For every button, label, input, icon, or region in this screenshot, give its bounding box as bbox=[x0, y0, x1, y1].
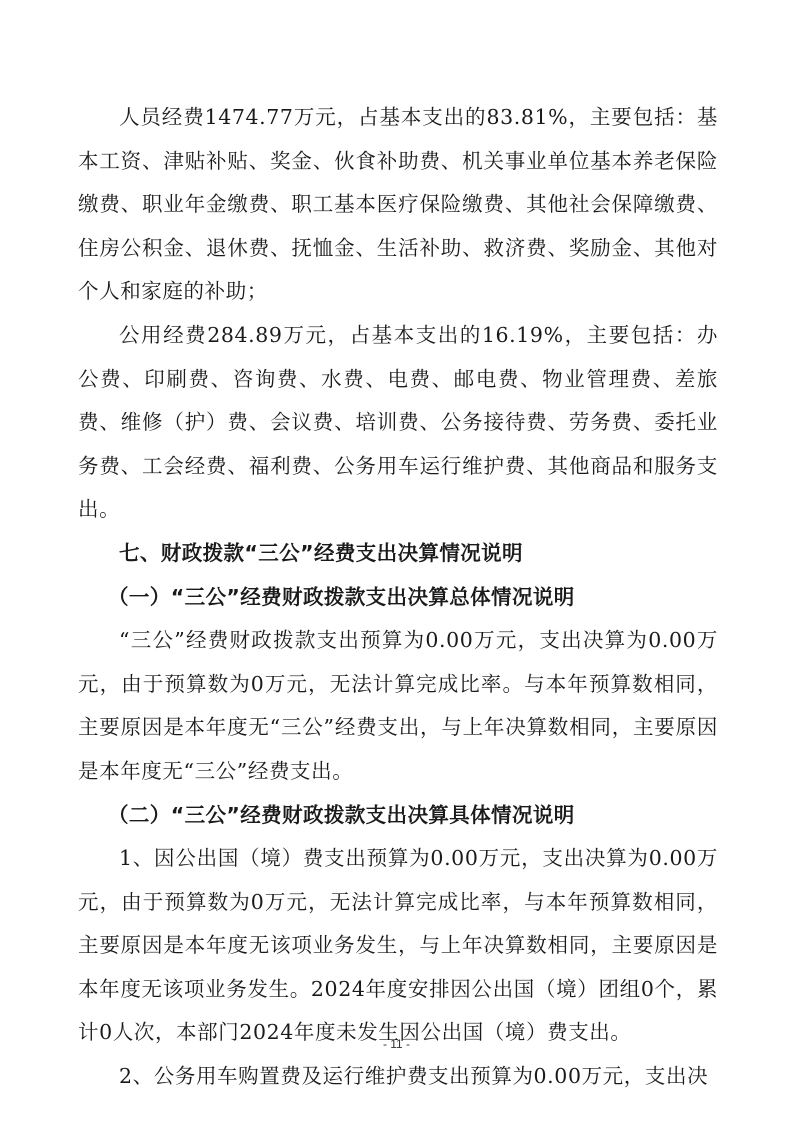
document-page: 人员经费1474.77万元，占基本支出的83.81%，主要包括：基本工资、津贴补… bbox=[78, 96, 718, 1099]
subsection-heading-one: （一）“三公”经费财政拨款支出决算总体情况说明 bbox=[78, 576, 718, 620]
section-heading-seven: 七、财政拨款“三公”经费支出决算情况说明 bbox=[78, 532, 718, 576]
page-number: - 11 - bbox=[0, 1037, 793, 1051]
paragraph-public-expenses: 公用经费284.89万元，占基本支出的16.19%，主要包括：办公费、印刷费、咨… bbox=[78, 314, 718, 532]
paragraph-personnel-expenses: 人员经费1474.77万元，占基本支出的83.81%，主要包括：基本工资、津贴补… bbox=[78, 96, 718, 314]
paragraph-overseas-travel: 1、因公出国（境）费支出预算为0.00万元，支出决算为0.00万元，由于预算数为… bbox=[78, 837, 718, 1055]
paragraph-official-vehicles: 2、公务用车购置费及运行维护费支出预算为0.00万元，支出决 bbox=[78, 1055, 718, 1099]
subsection-heading-two: （二）“三公”经费财政拨款支出决算具体情况说明 bbox=[78, 794, 718, 838]
paragraph-three-public-overall: “三公”经费财政拨款支出预算为0.00万元，支出决算为0.00万元，由于预算数为… bbox=[78, 619, 718, 793]
